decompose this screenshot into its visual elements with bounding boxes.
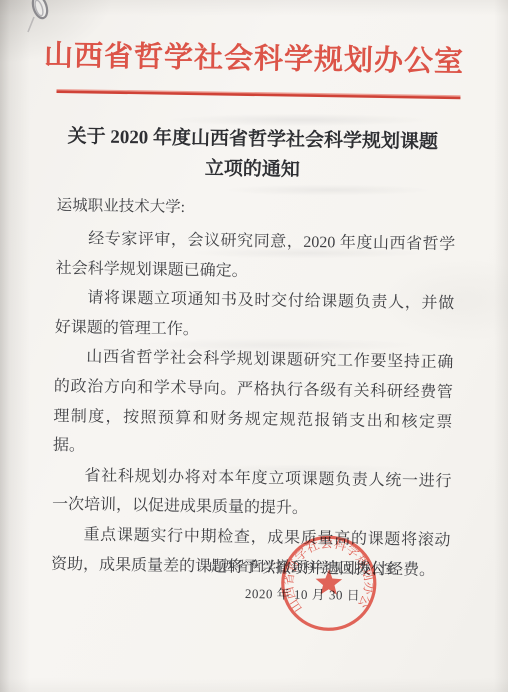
document-content: 山西省哲学社会科学规划办公室 关于 2020 年度山西省哲学社会科学规划课题 立… — [0, 0, 508, 692]
body-paragraph: 山西省哲学社会科学规划课题研究工作要坚持正确的政治方向和学术导向。严格执行各级有… — [53, 342, 454, 467]
document-title: 关于 2020 年度山西省哲学社会科学规划课题 立项的通知 — [0, 121, 507, 189]
body-paragraph: 请将课题立项通知书及时交付给课题负责人，并做好课题的管理工作。 — [55, 283, 455, 348]
scanned-document-page: 山西省哲学社会科学规划办公室 关于 2020 年度山西省哲学社会科学规划课题 立… — [0, 0, 508, 692]
letterhead-rule — [56, 89, 460, 99]
body-paragraph: 经专家评审，会议研究同意，2020 年度山西省哲学社会科学规划课题已确定。 — [55, 224, 455, 289]
body-paragraph: 省社科规划办将对本年度立项课题负责人统一进行一次培训，以促进成果质量的提升。 — [52, 461, 452, 526]
seal-text: 山西省哲学社会科学规划办公室 — [273, 527, 378, 616]
letterhead-title: 山西省哲学社会科学规划办公室 — [0, 32, 508, 81]
official-seal: 山西省哲学社会科学规划办公室 — [273, 527, 385, 639]
seal-text-arc: 山西省哲学社会科学规划办公室 — [273, 527, 378, 616]
document-body: 经专家评审，会议研究同意，2020 年度山西省哲学社会科学规划课题已确定。 请将… — [51, 224, 456, 585]
salutation: 运城职业技术大学: — [57, 193, 186, 217]
paper-clip-icon — [24, 0, 58, 36]
seal-star-icon — [315, 569, 342, 595]
